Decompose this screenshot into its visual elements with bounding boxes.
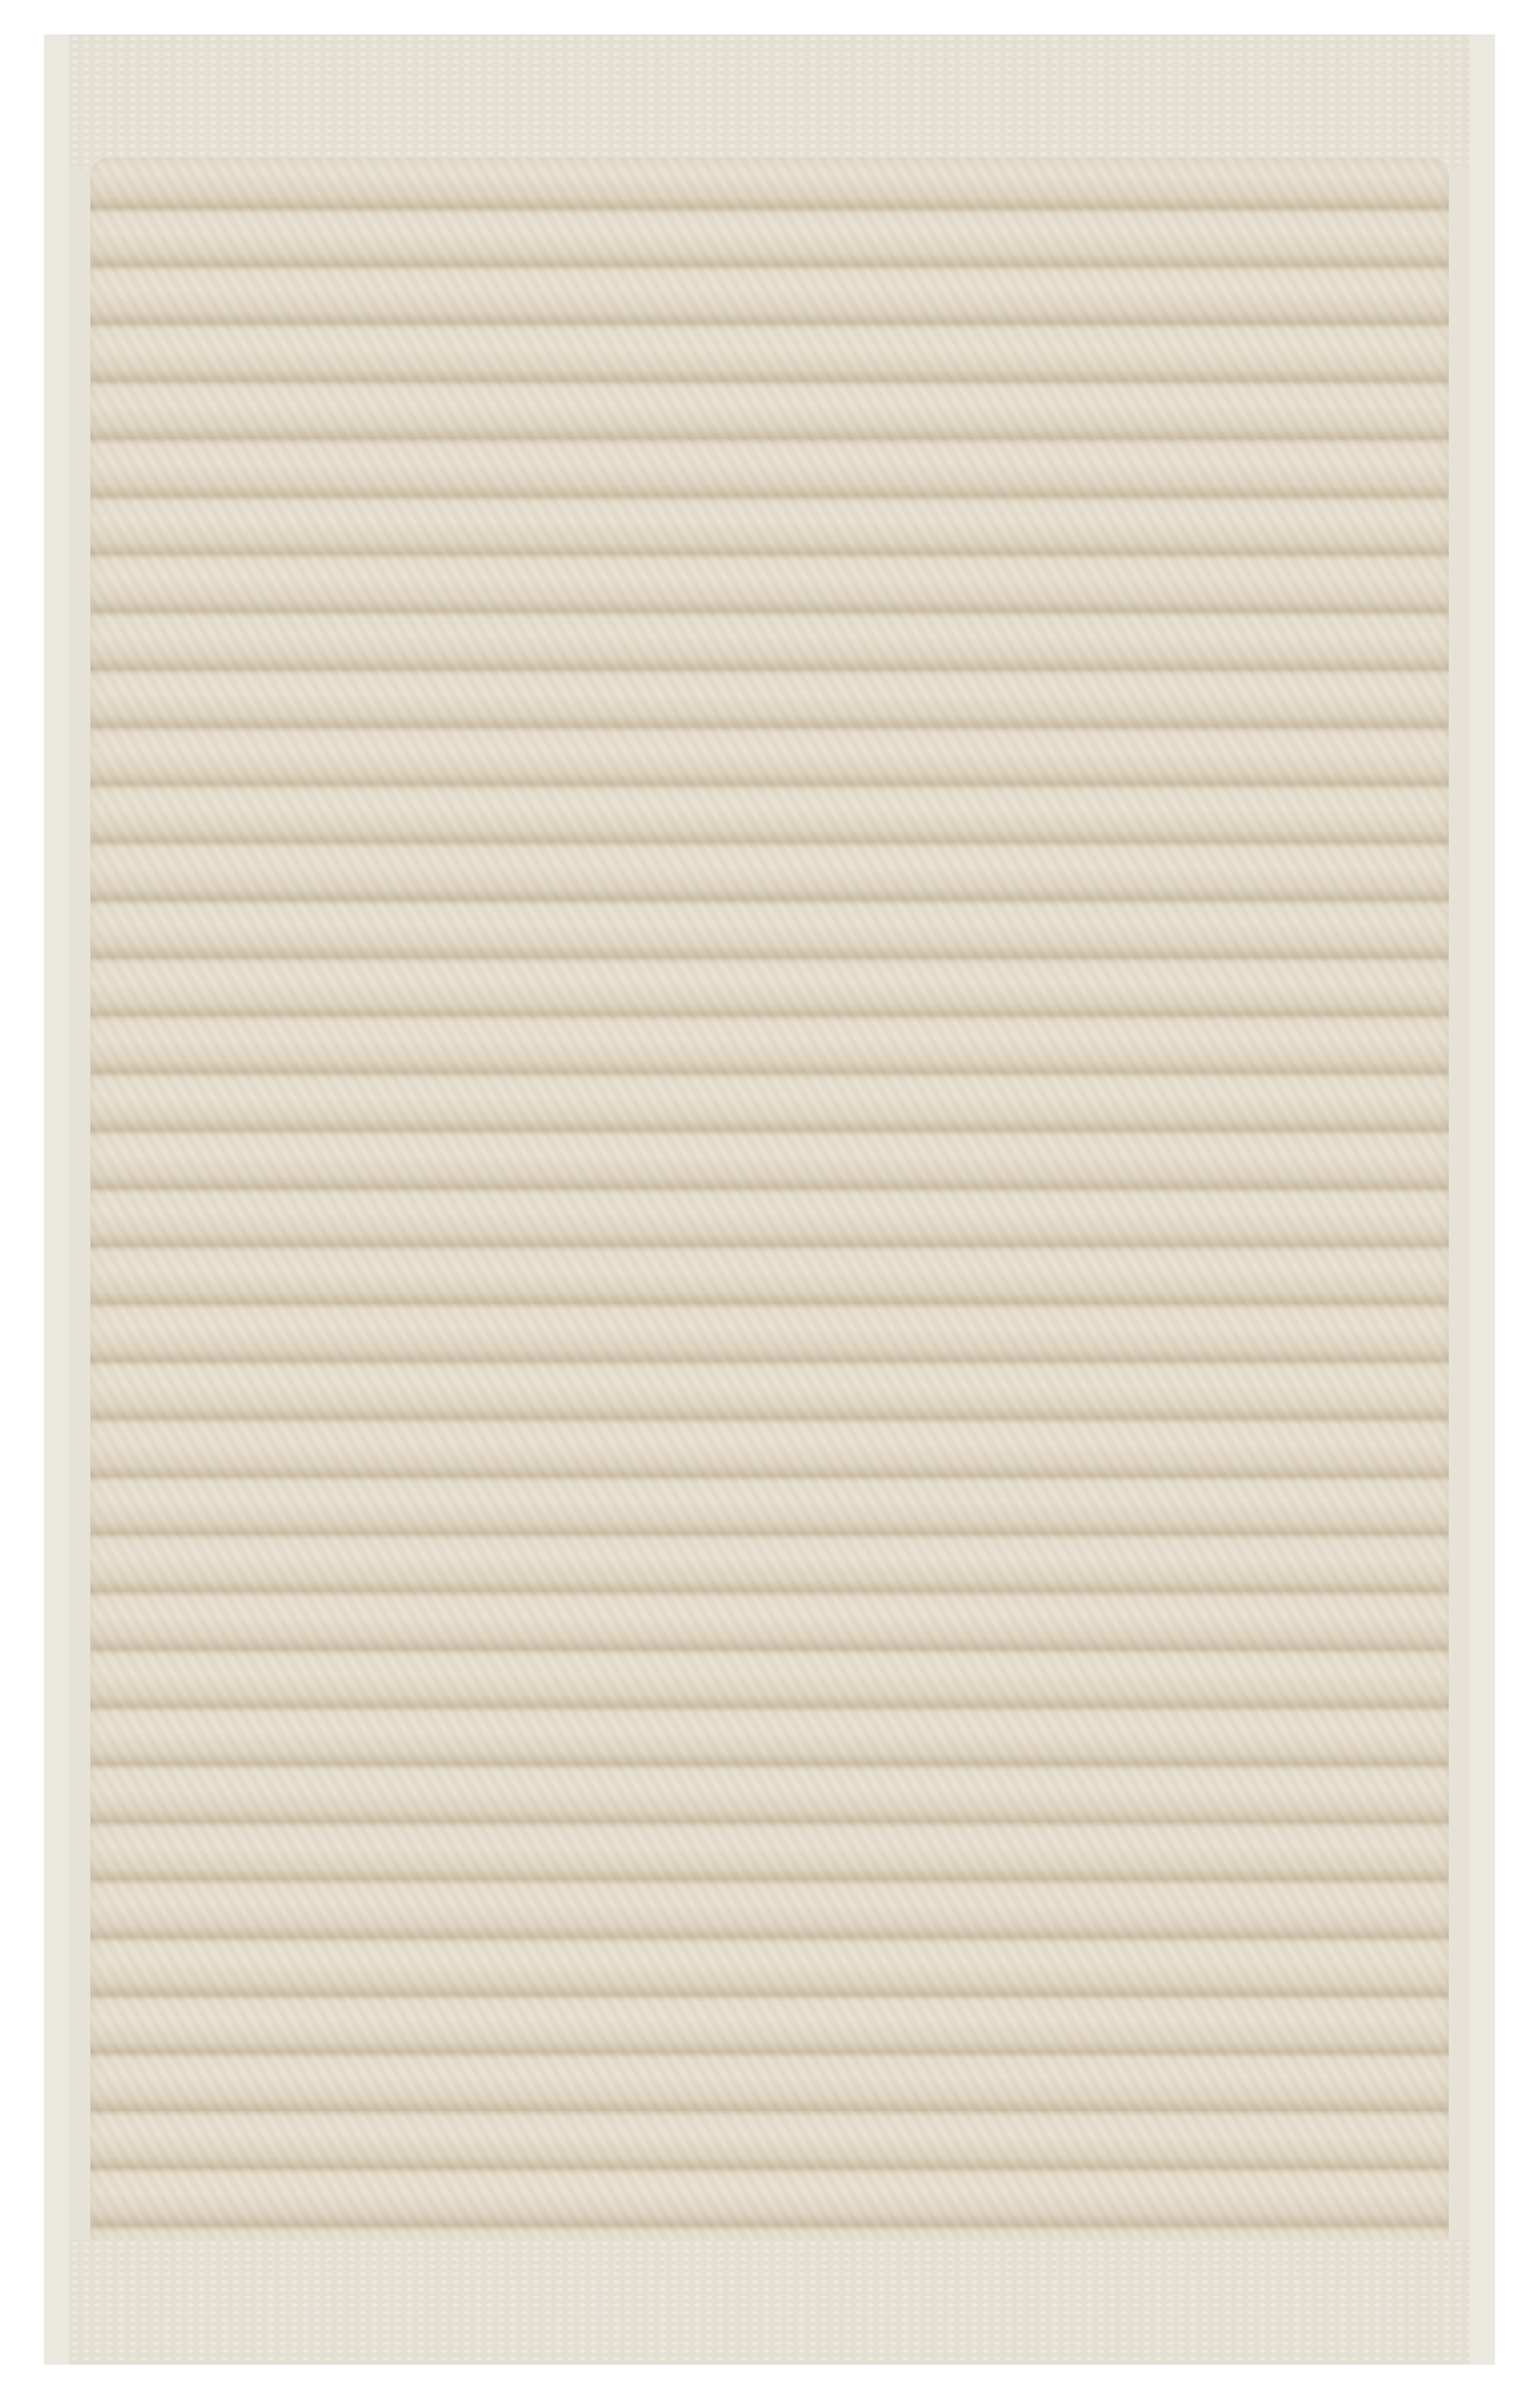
textured-pile-field: [90, 158, 1449, 2251]
top-flatweave-border: [69, 35, 1470, 169]
image-description: Cream-colored rectangular rug with horiz…: [0, 0, 1, 1]
rug: [44, 35, 1495, 2365]
bottom-flatweave-border: [69, 2240, 1470, 2365]
